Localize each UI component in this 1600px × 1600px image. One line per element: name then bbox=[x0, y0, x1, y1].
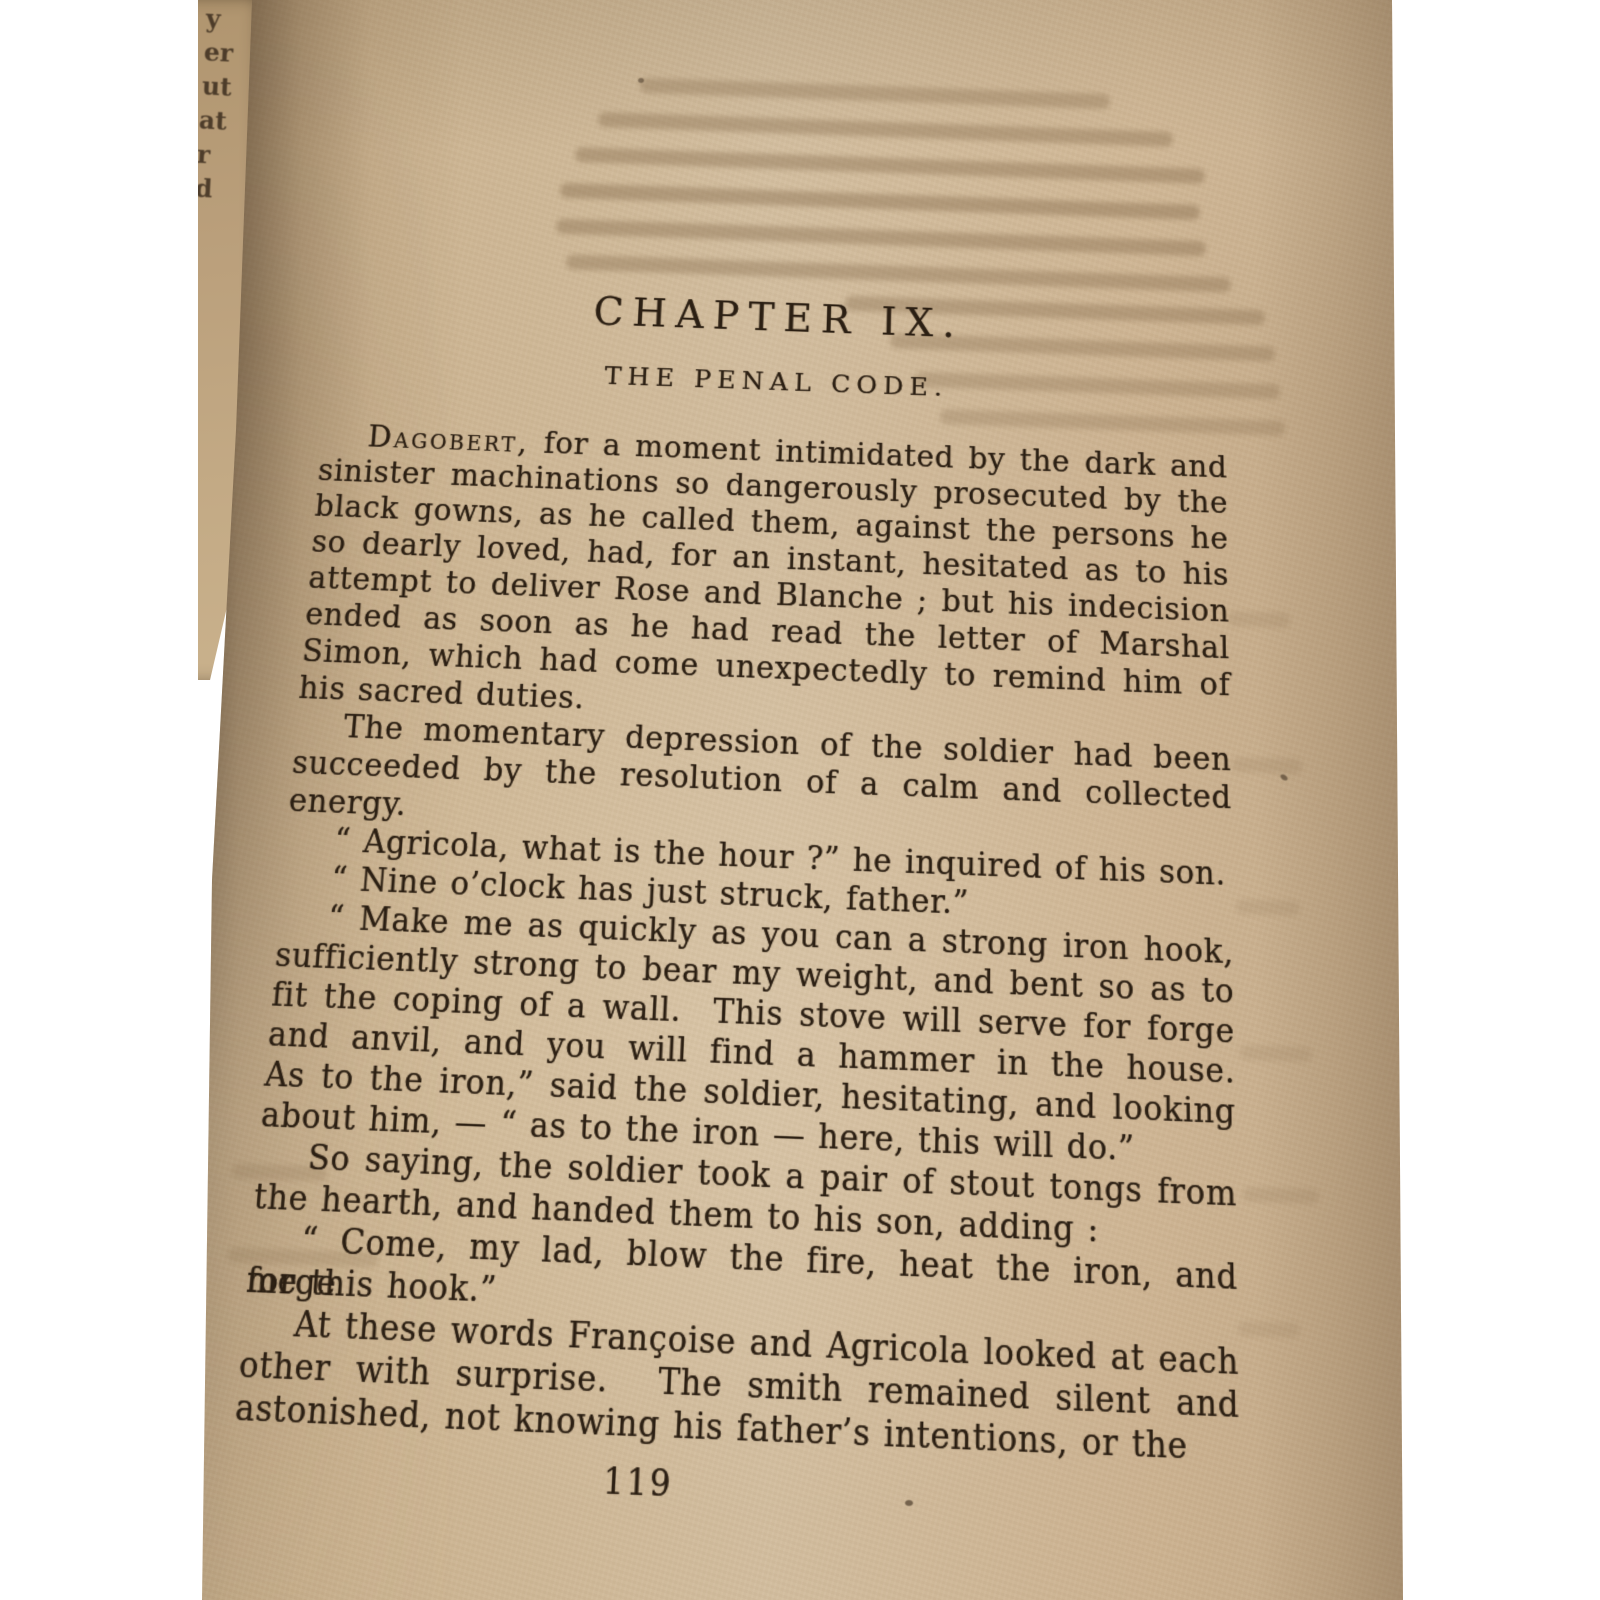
book-photo: yerutatrd bbox=[0, 0, 1600, 1600]
body-text: Dagobert, for a moment intimidated by th… bbox=[233, 418, 1240, 1471]
page-edge-text-fragment: at bbox=[199, 105, 228, 135]
paper-speck bbox=[638, 78, 644, 83]
page-edge-text-fragment: y bbox=[205, 4, 221, 34]
printed-text-block: CHAPTER IX. THE PENAL CODE. Dagobert, fo… bbox=[228, 267, 1241, 1528]
page-edge-text-fragment: d bbox=[194, 174, 213, 204]
section-title: THE PENAL CODE. bbox=[326, 351, 1227, 412]
page-edge-text-fragment: r bbox=[196, 140, 211, 170]
page-edge-text-fragment: er bbox=[203, 37, 234, 67]
small-caps-word: Dagobert, bbox=[367, 419, 531, 459]
page-edge-shadow bbox=[1255, 0, 1405, 1600]
page-edge-text-fragment: ut bbox=[201, 71, 232, 102]
